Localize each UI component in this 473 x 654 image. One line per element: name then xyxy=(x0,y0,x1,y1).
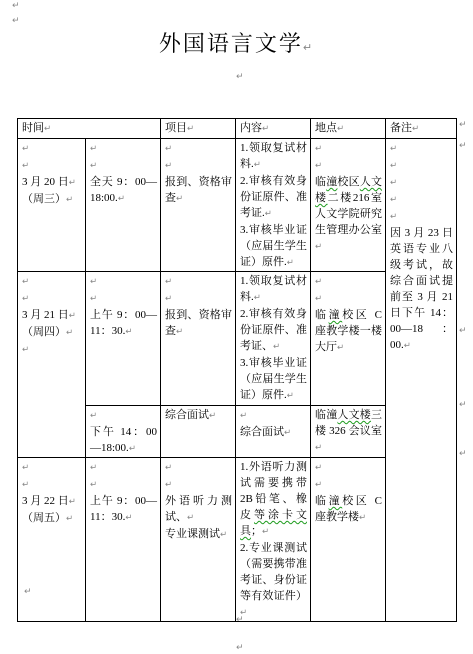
paragraph-mark: ↵ xyxy=(90,161,97,171)
cell-mar21am-time: ↵↵上午 9：00—11：30.↵ xyxy=(86,272,161,406)
paragraph-mark: ↵ xyxy=(66,514,73,524)
paragraph-mark: ↵ xyxy=(240,411,247,421)
cell-mar22-time: ↵↵上午 9：00—11：30.↵ xyxy=(86,458,161,622)
cell-mar21pm-content: ↵综合面试↵ xyxy=(236,406,311,458)
cell-mar20-content: 1.领取复试材料.↵2.审核有效身份证原件、准考证.↵3.审核毕业证（应届生学生… xyxy=(236,139,311,272)
header-content: 内容↵ xyxy=(236,119,311,139)
paragraph-mark: ↵ xyxy=(176,194,183,204)
paragraph-mark: ↵ xyxy=(359,513,366,523)
paragraph-mark: ↵ xyxy=(69,311,76,321)
paragraph-mark: ↵ xyxy=(12,2,20,11)
paragraph-mark: ↵ xyxy=(187,513,194,523)
paragraph-mark: ↵ xyxy=(90,480,97,490)
cell-mar20-date: ↵↵3 月 20 日↵（周三）↵ xyxy=(18,139,86,272)
spellcheck-wavy-underline: 人文楼 xyxy=(337,409,371,421)
cell-mar21pm-time: ↵下午 14：00—18:00.↵ xyxy=(86,406,161,458)
paragraph-mark: ↵ xyxy=(315,443,322,453)
paragraph-mark: ↵ xyxy=(390,212,397,222)
paragraph-mark: ↵ xyxy=(90,144,97,154)
header-time: 时间↵ xyxy=(18,119,161,139)
schedule-table: 时间↵ 项目↵ 内容↵ 地点↵ 备注↵ ↵↵3 月 20 日↵（周三）↵ ↵↵全… xyxy=(17,118,457,622)
paragraph-mark: ↵ xyxy=(412,124,419,134)
row-end-mark: ↵ xyxy=(459,450,467,459)
paragraph-mark: ↵ xyxy=(165,480,172,490)
paragraph-mark: ↵ xyxy=(254,293,261,303)
paragraph-mark: ↵ xyxy=(125,327,132,337)
paragraph-mark: ↵ xyxy=(69,178,76,188)
paragraph-mark: ↵ xyxy=(118,194,125,204)
paragraph-mark: ↵ xyxy=(22,277,29,287)
paragraph-mark: ↵ xyxy=(220,530,227,540)
paragraph-mark: ↵ xyxy=(390,144,397,154)
spellcheck-wavy-underline: 潼 xyxy=(326,176,337,188)
row-end-mark: ↵ xyxy=(459,401,467,410)
paragraph-mark: ↵ xyxy=(66,195,73,205)
cell-mar22-place: ↵↵临潼校区 C 座教学楼↵ xyxy=(311,458,386,622)
paragraph-mark: ↵ xyxy=(273,342,280,352)
paragraph-mark: ↵ xyxy=(66,328,73,338)
paragraph-mark: ↵ xyxy=(22,480,29,490)
paragraph-mark: ↵ xyxy=(236,616,244,625)
paragraph-mark: ↵ xyxy=(262,527,269,537)
page-title: 外国语言文学↵ xyxy=(0,27,473,58)
header-note: 备注↵ xyxy=(386,119,457,139)
paragraph-mark: ↵ xyxy=(390,178,397,188)
paragraph-mark: ↵ xyxy=(287,391,294,401)
paragraph-mark: ↵ xyxy=(209,411,216,421)
paragraph-mark: ↵ xyxy=(254,160,261,170)
paragraph-mark: ↵ xyxy=(187,124,194,134)
paragraph-mark: ↵ xyxy=(390,161,397,171)
cell-mar21-date: ↵↵3 月 21 日↵（周四）↵↵ xyxy=(18,272,86,458)
paragraph-mark: ↵ xyxy=(22,345,29,355)
paragraph-mark: ↵ xyxy=(165,463,172,473)
page-title-text: 外国语言文学 xyxy=(159,31,303,56)
paragraph-mark: ↵ xyxy=(236,644,244,653)
paragraph-mark: ↵ xyxy=(22,294,29,304)
paragraph-mark: ↵ xyxy=(315,480,322,490)
paragraph-mark: ↵ xyxy=(129,444,136,454)
paragraph-mark: ↵ xyxy=(315,294,322,304)
cell-mar22-item: ↵↵外语听力测试、↵专业课测试↵ xyxy=(161,458,236,622)
row-end-mark: ↵ xyxy=(459,327,467,336)
cell-mar20-item: ↵↵报到、资格审查↵ xyxy=(161,139,236,272)
header-row: 时间↵ 项目↵ 内容↵ 地点↵ 备注↵ xyxy=(18,119,457,139)
paragraph-mark: ↵ xyxy=(315,161,322,171)
spellcheck-wavy-underline: 潼 xyxy=(329,309,343,321)
paragraph-mark: ↵ xyxy=(337,343,344,353)
paragraph-mark: ↵ xyxy=(315,277,322,287)
header-item: 项目↵ xyxy=(161,119,236,139)
paragraph-mark: ↵ xyxy=(284,428,291,438)
paragraph-mark: ↵ xyxy=(315,463,322,473)
cell-mar21am-item: ↵↵报到、资格审查↵ xyxy=(161,272,236,406)
row-end-mark: ↵ xyxy=(459,121,467,130)
paragraph-mark: ↵ xyxy=(390,195,397,205)
cell-mar21am-place: ↵↵临潼校区 C 座教学楼一楼大厅↵ xyxy=(311,272,386,406)
paragraph-mark: ↵ xyxy=(265,209,272,219)
cell-mar21am-content: 1.领取复试材料.↵2.审核有效身份证原件、准考证、↵3.审核毕业证（应届生学生… xyxy=(236,272,311,406)
paragraph-mark: ↵ xyxy=(176,327,183,337)
paragraph-mark: ↵ xyxy=(165,144,172,154)
paragraph-mark: ↵ xyxy=(24,588,32,597)
header-place: 地点↵ xyxy=(311,119,386,139)
paragraph-mark: ↵ xyxy=(165,277,172,287)
cell-note-merged: ↵↵↵↵↵因 3 月 23 日英语专业八级考试，故综合面试提前至 3 月 21 … xyxy=(386,139,457,622)
paragraph-mark: ↵ xyxy=(22,463,29,473)
cell-mar21pm-place: 临潼人文楼三楼 326 会议室↵ xyxy=(311,406,386,458)
paragraph-mark: ↵ xyxy=(12,17,20,26)
spellcheck-wavy-underline: 潼 xyxy=(329,495,343,507)
paragraph-mark: ↵ xyxy=(303,41,314,54)
paragraph-mark: ↵ xyxy=(90,411,97,421)
paragraph-mark: ↵ xyxy=(90,277,97,287)
paragraph-mark: ↵ xyxy=(236,73,244,82)
spellcheck-wavy-underline: 等涂卡文具 xyxy=(240,509,307,537)
cell-mar20-place: ↵↵临潼校区人文楼二楼216室人文学院研究生管理办公室↵ xyxy=(311,139,386,272)
paragraph-mark: ↵ xyxy=(404,341,411,351)
paragraph-mark: ↵ xyxy=(44,124,51,134)
paragraph-mark: ↵ xyxy=(22,144,29,154)
paragraph-mark: ↵ xyxy=(337,124,344,134)
cell-mar21pm-item: 综合面试↵ xyxy=(161,406,236,458)
row-end-mark: ↵ xyxy=(459,142,467,151)
table-row-mar20: ↵↵3 月 20 日↵（周三）↵ ↵↵全天 9：00—18:00.↵ ↵↵报到、… xyxy=(18,139,457,272)
paragraph-mark: ↵ xyxy=(90,294,97,304)
paragraph-mark: ↵ xyxy=(165,294,172,304)
cell-mar22-content: 1.外语听力测试需要携带2B铅笔、橡皮等涂卡文具；↵2.专业课测试（需要携带准考… xyxy=(236,458,311,622)
paragraph-mark: ↵ xyxy=(69,497,76,507)
document-page: { "page": { "title": "外国语言文学", "pmark": … xyxy=(0,0,473,654)
cell-mar20-time: ↵↵全天 9：00—18:00.↵ xyxy=(86,139,161,272)
paragraph-mark: ↵ xyxy=(315,144,322,154)
paragraph-mark: ↵ xyxy=(287,258,294,268)
paragraph-mark: ↵ xyxy=(125,513,132,523)
paragraph-mark: ↵ xyxy=(165,161,172,171)
paragraph-mark: ↵ xyxy=(22,161,29,171)
paragraph-mark: ↵ xyxy=(315,242,322,252)
paragraph-mark: ↵ xyxy=(90,463,97,473)
paragraph-mark: ↵ xyxy=(262,124,269,134)
